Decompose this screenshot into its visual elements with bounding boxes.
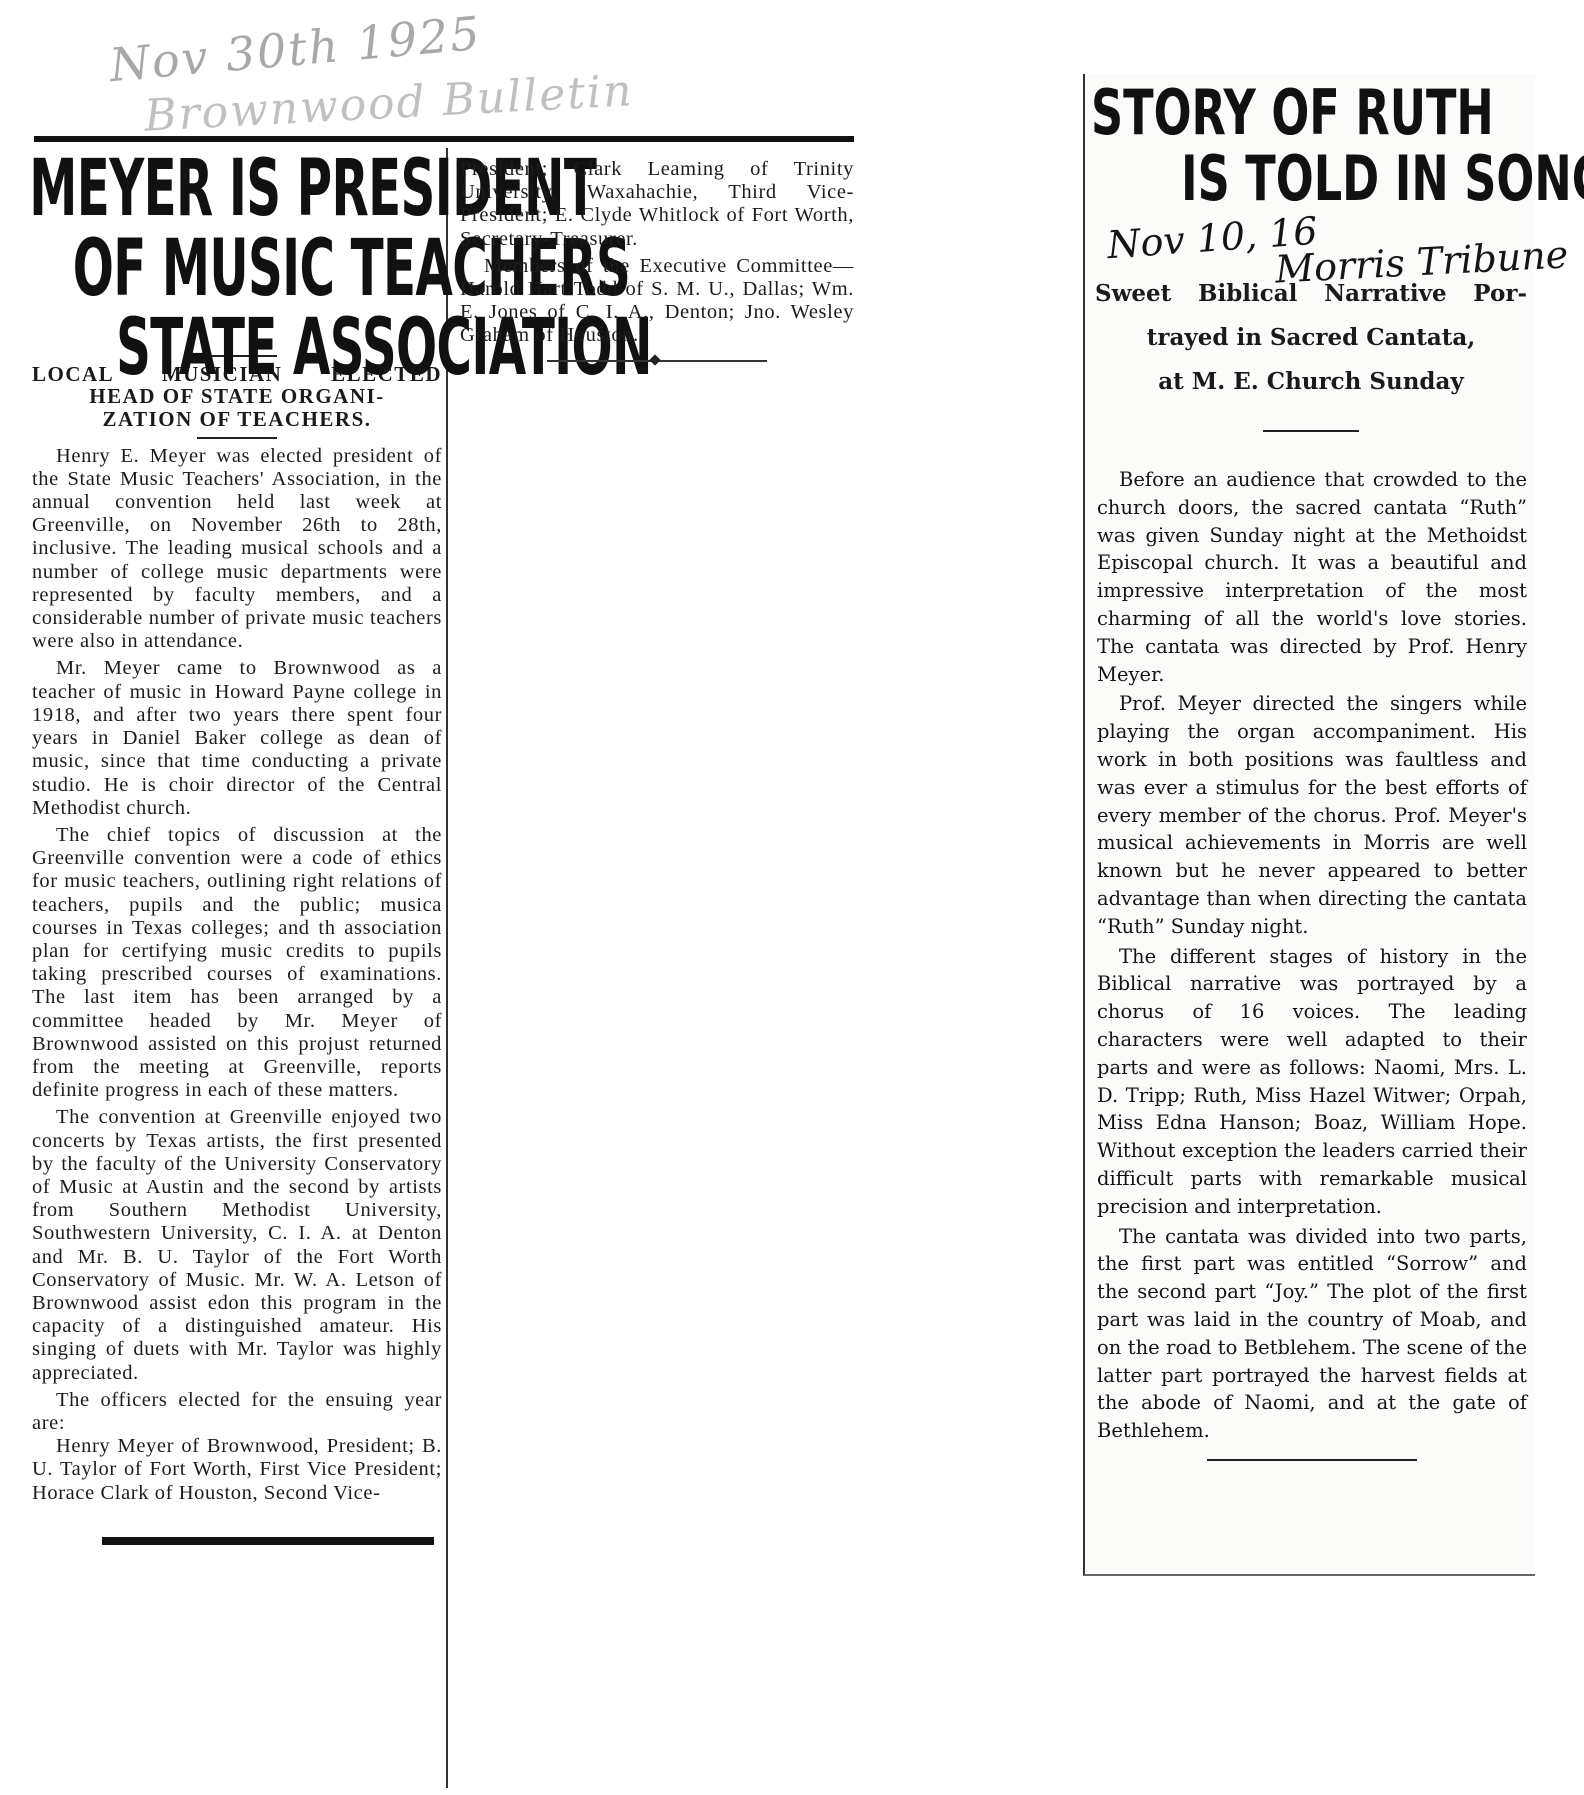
headline-line: OF MUSIC TEACHERS [29,230,444,310]
headline-line: STORY OF RUTH [1091,82,1494,144]
paragraph: Henry E. Meyer was elected president of … [32,445,442,654]
paragraph: The convention at Greenville enjoyed two… [32,1106,442,1384]
morris-tribune-clipping: STORY OF RUTH IS TOLD IN SONG Nov 10, 16… [1083,74,1535,1576]
deck-line: at M. E. Church Sunday [1095,360,1527,404]
article-deck: Sweet Biblical Narrative Por- trayed in … [1095,272,1527,404]
end-rule [1207,1459,1417,1461]
article-headline: MEYER IS PRESIDENT OF MUSIC TEACHERS STA… [29,150,444,389]
deck-line: trayed in Sacred Cantata, [1095,316,1527,360]
article-body: Henry E. Meyer was elected president of … [32,445,442,1505]
article-column-1: MEYER IS PRESIDENT OF MUSIC TEACHERS STA… [32,150,442,1549]
deck-line: ZATION OF TEACHERS. [32,408,442,431]
article-column-2: President; Clark Leaming of Trinity Univ… [460,158,854,362]
paragraph: Before an audience that crowded to the c… [1097,466,1527,688]
paragraph: President; Clark Leaming of Trinity Univ… [460,158,854,251]
article-body-continued: President; Clark Leaming of Trinity Univ… [460,158,854,348]
ornament-rule [547,360,767,362]
short-rule [1263,430,1359,432]
article-body: Before an audience that crowded to the c… [1097,466,1527,1461]
top-rule-divider [34,136,854,142]
headline-line: IS TOLD IN SONG [1181,148,1584,210]
paragraph: Members of the Executive Committee—Harol… [460,255,854,348]
deck-line: Sweet Biblical Narrative Por- [1095,272,1527,316]
paragraph: Henry Meyer of Brownwood, President; B. … [32,1435,442,1505]
paragraph: The chief topics of discussion at the Gr… [32,824,442,1102]
paragraph: The officers elected for the ensuing yea… [32,1389,442,1435]
brownwood-bulletin-clipping: Nov 30th 1925 Brownwood Bulletin MEYER I… [14,0,846,1795]
bottom-rule [102,1537,434,1545]
headline-line: MEYER IS PRESIDENT [29,150,444,230]
paragraph: The cantata was divided into two parts, … [1097,1223,1527,1445]
headline-line: STATE ASSOCIATION [29,309,444,389]
paragraph: Mr. Meyer came to Brownwood as a teacher… [32,657,442,819]
column-divider [446,148,448,1788]
short-rule [197,437,277,439]
paragraph: Prof. Meyer directed the singers while p… [1097,690,1527,940]
paragraph: The different stages of history in the B… [1097,943,1527,1221]
